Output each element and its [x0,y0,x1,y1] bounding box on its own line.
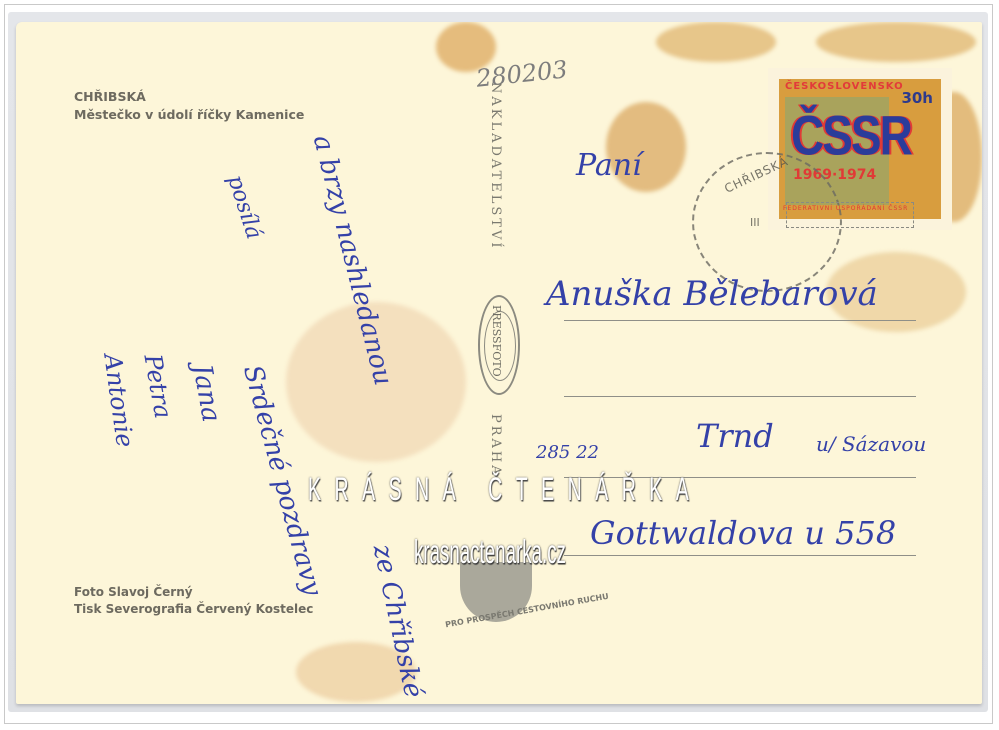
signature-2: Petra [138,352,177,421]
address-line-1 [564,320,916,321]
watermark-url: krasnactenarka.cz [414,532,566,572]
printed-credits: Foto Slavoj Černý Tisk Severografia Červ… [74,584,313,618]
postcard-back: CHŘIBSKÁ Městečko v údolí říčky Kamenice… [16,22,982,704]
stamp-country: ČESKOSLOVENSKO [785,81,904,92]
stain [656,22,776,62]
printed-title: CHŘIBSKÁ [74,88,304,106]
watermark-title: KRÁSNÁ ČTENÁŘKA [308,470,702,509]
stain [816,22,976,62]
photo-credit: Foto Slavoj Černý [74,584,313,601]
pressfoto-logo: PRESSFOTO [478,295,520,395]
print-credit: Tisk Severografia Červený Kostelec [74,601,313,618]
pressfoto-logo-text: PRESSFOTO [490,305,503,377]
postmark-date: III [750,216,760,229]
printed-subtitle: Městečko v údolí říčky Kamenice [74,106,304,124]
publisher-vertical-text: NAKLADATELSTVÍ [488,82,503,251]
postmark-town: CHŘIBSKÁ [722,154,790,196]
printed-caption: CHŘIBSKÁ Městečko v údolí říčky Kamenice [74,88,304,124]
addressee-city-note: u/ Sázavou [816,432,926,456]
signature-1: Jana [186,362,226,424]
stamp-main-text: ČSSR [791,103,911,168]
addressee-street: Gottwaldova u 558 [590,514,896,552]
addressee-name: Anuška Bělebarová [546,274,878,314]
address-line-2 [564,396,916,397]
addressee-city: Trnd [696,417,774,455]
address-line-4 [564,555,916,556]
signature-3: Antonie [98,352,139,449]
message-line-3: posílá [222,172,266,242]
addressee-salutation: Paní [576,148,642,183]
postmark-date-box [786,202,914,228]
postal-code-fragment: 285 22 [536,442,599,463]
publisher-city-vertical-text: PRAHA [488,414,503,478]
